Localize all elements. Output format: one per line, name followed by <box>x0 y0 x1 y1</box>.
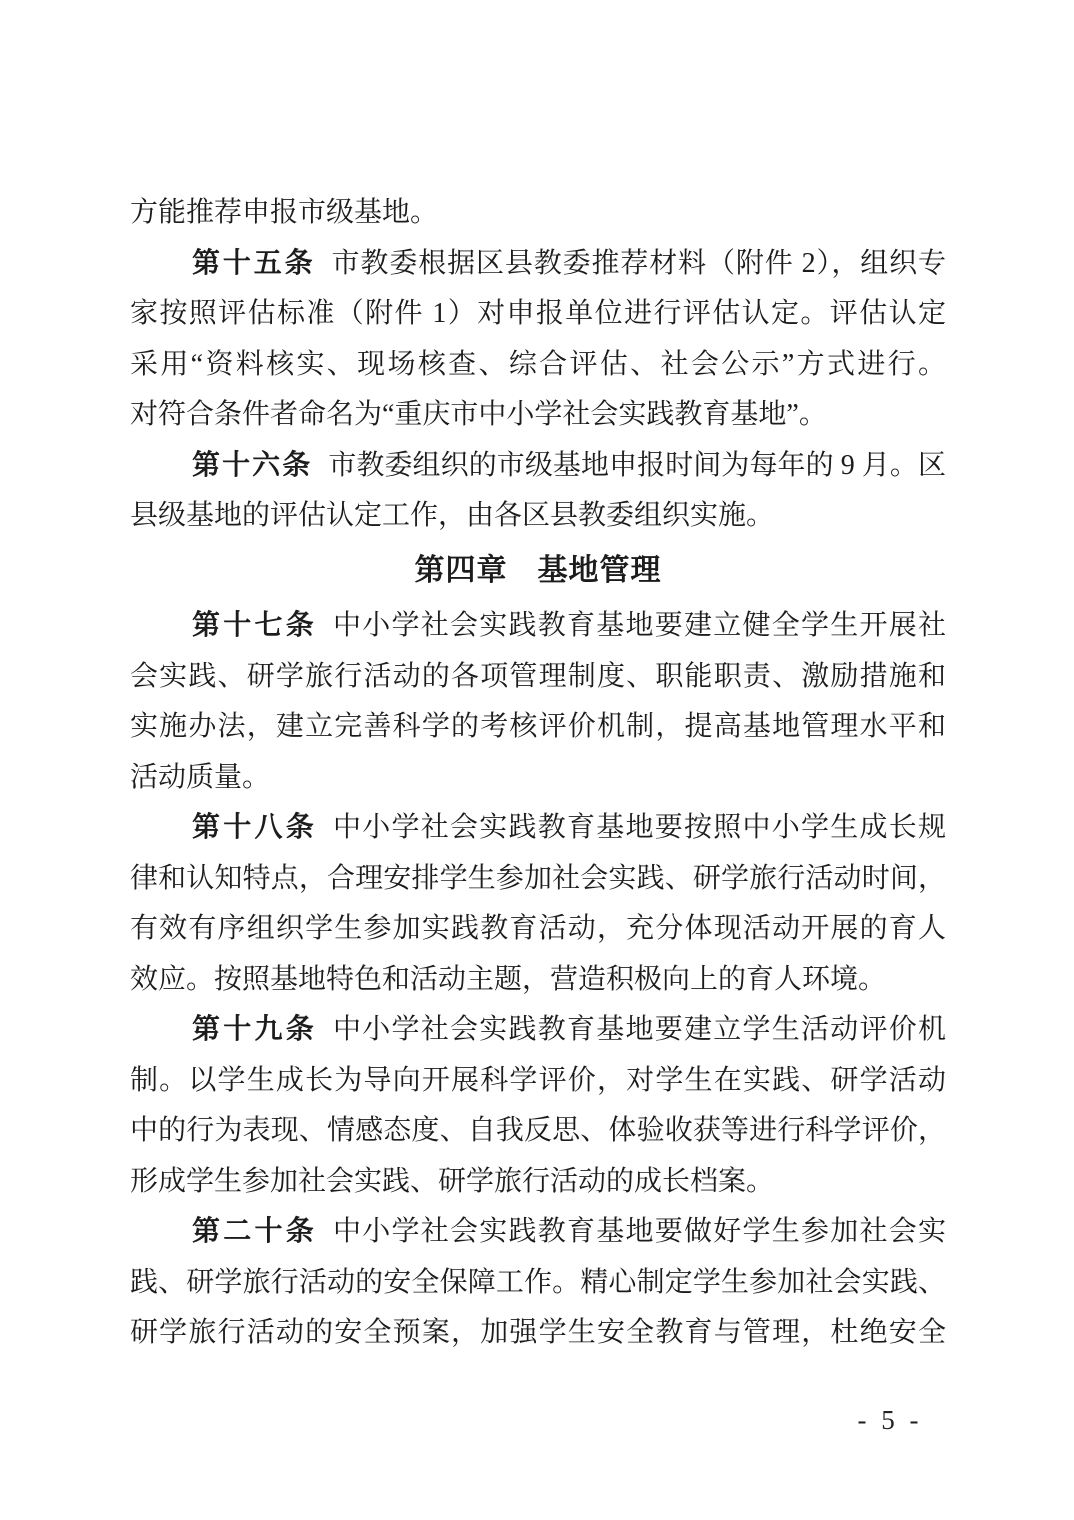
body-line: 效应。按照基地特色和活动主题，营造积极向上的育人环境。 <box>130 954 946 1005</box>
body-line-text: 中小学社会实践教育基地要建立学生活动评价机 <box>333 1014 946 1045</box>
body-line-text: 制。以学生成长为导向开展科学评价，对学生在实践、研学活动 <box>130 1065 946 1096</box>
body-line: 研学旅行活动的安全预案，加强学生安全教育与管理，杜绝安全 <box>130 1307 946 1358</box>
body-line-text: 律和认知特点，合理安排学生参加社会实践、研学旅行活动时间， <box>130 863 946 894</box>
body-line-text: 中小学社会实践教育基地要建立健全学生开展社 <box>333 610 946 641</box>
body-line-text: 实施办法，建立完善科学的考核评价机制，提高基地管理水平和 <box>130 711 946 742</box>
body-line: 第十九条中小学社会实践教育基地要建立学生活动评价机 <box>130 1004 946 1055</box>
body-line: 第十六条市教委组织的市级基地申报时间为每年的 9 月。区 <box>130 440 946 491</box>
body-line: 县级基地的评估认定工作，由各区县教委组织实施。 <box>130 490 946 541</box>
body-line-text: 家按照评估标准（附件 1）对申报单位进行评估认定。评估认定 <box>130 298 946 329</box>
body-line-text: 市教委组织的市级基地申报时间为每年的 9 月。区 <box>328 450 946 481</box>
article-number: 第十五条 <box>192 247 316 278</box>
body-line: 律和认知特点，合理安排学生参加社会实践、研学旅行活动时间， <box>130 853 946 904</box>
body-line: 活动质量。 <box>130 752 946 803</box>
body-line: 第十八条中小学社会实践教育基地要按照中小学生成长规 <box>130 802 946 853</box>
body-line: 形成学生参加社会实践、研学旅行活动的成长档案。 <box>130 1156 946 1207</box>
body-line: 第二十条中小学社会实践教育基地要做好学生参加社会实 <box>130 1206 946 1257</box>
body-line: 家按照评估标准（附件 1）对申报单位进行评估认定。评估认定 <box>130 288 946 339</box>
body-line-text: 活动质量。 <box>130 762 270 793</box>
body-line: 采用“资料核实、现场核查、综合评估、社会公示”方式进行。 <box>130 339 946 390</box>
body-line: 会实践、研学旅行活动的各项管理制度、职能职责、激励措施和 <box>130 651 946 702</box>
article-number: 第十八条 <box>192 811 317 842</box>
chapter-title: 基地管理 <box>538 554 662 587</box>
body-line: 第十五条市教委根据区县教委推荐材料（附件 2），组织专 <box>130 238 946 289</box>
body-line: 制。以学生成长为导向开展科学评价，对学生在实践、研学活动 <box>130 1055 946 1106</box>
body-line: 第十七条中小学社会实践教育基地要建立健全学生开展社 <box>130 600 946 651</box>
body-line-text: 中的行为表现、情感态度、自我反思、体验收获等进行科学评价， <box>130 1115 946 1146</box>
body-line: 中的行为表现、情感态度、自我反思、体验收获等进行科学评价， <box>130 1105 946 1156</box>
document-body: 方能推荐申报市级基地。 第十五条市教委根据区县教委推荐材料（附件 2），组织专 … <box>130 187 946 1358</box>
body-line-text: 研学旅行活动的安全预案，加强学生安全教育与管理，杜绝安全 <box>130 1317 946 1348</box>
document-page: 方能推荐申报市级基地。 第十五条市教委根据区县教委推荐材料（附件 2），组织专 … <box>0 0 1074 1520</box>
body-line-text: 中小学社会实践教育基地要按照中小学生成长规 <box>333 812 946 843</box>
body-line-text: 有效有序组织学生参加实践教育活动，充分体现活动开展的育人 <box>130 913 946 944</box>
body-line-text: 中小学社会实践教育基地要做好学生参加社会实 <box>333 1216 946 1247</box>
article-number: 第二十条 <box>192 1215 317 1246</box>
body-line-text: 县级基地的评估认定工作，由各区县教委组织实施。 <box>130 500 774 531</box>
body-line-text: 形成学生参加社会实践、研学旅行活动的成长档案。 <box>130 1166 774 1197</box>
body-line-text: 采用“资料核实、现场核查、综合评估、社会公示”方式进行。 <box>130 349 946 380</box>
body-line-text: 践、研学旅行活动的安全保障工作。精心制定学生参加社会实践、 <box>130 1267 946 1298</box>
chapter-heading: 第四章基地管理 <box>130 546 946 596</box>
body-line: 方能推荐申报市级基地。 <box>130 187 946 238</box>
article-number: 第十九条 <box>192 1013 317 1044</box>
body-line: 有效有序组织学生参加实践教育活动，充分体现活动开展的育人 <box>130 903 946 954</box>
body-line-text: 方能推荐申报市级基地。 <box>130 197 438 228</box>
body-line-text: 市教委根据区县教委推荐材料（附件 2），组织专 <box>332 248 946 279</box>
body-line-text: 效应。按照基地特色和活动主题，营造积极向上的育人环境。 <box>130 964 886 995</box>
body-line: 践、研学旅行活动的安全保障工作。精心制定学生参加社会实践、 <box>130 1257 946 1308</box>
body-line: 对符合条件者命名为“重庆市中小学社会实践教育基地”。 <box>130 389 946 440</box>
body-line-text: 会实践、研学旅行活动的各项管理制度、职能职责、激励措施和 <box>130 661 946 692</box>
body-line-text: 对符合条件者命名为“重庆市中小学社会实践教育基地”。 <box>130 399 827 430</box>
page-number: - 5 - <box>830 1405 950 1436</box>
article-number: 第十七条 <box>192 609 317 640</box>
chapter-number: 第四章 <box>415 554 508 587</box>
article-number: 第十六条 <box>192 449 312 480</box>
body-line: 实施办法，建立完善科学的考核评价机制，提高基地管理水平和 <box>130 701 946 752</box>
